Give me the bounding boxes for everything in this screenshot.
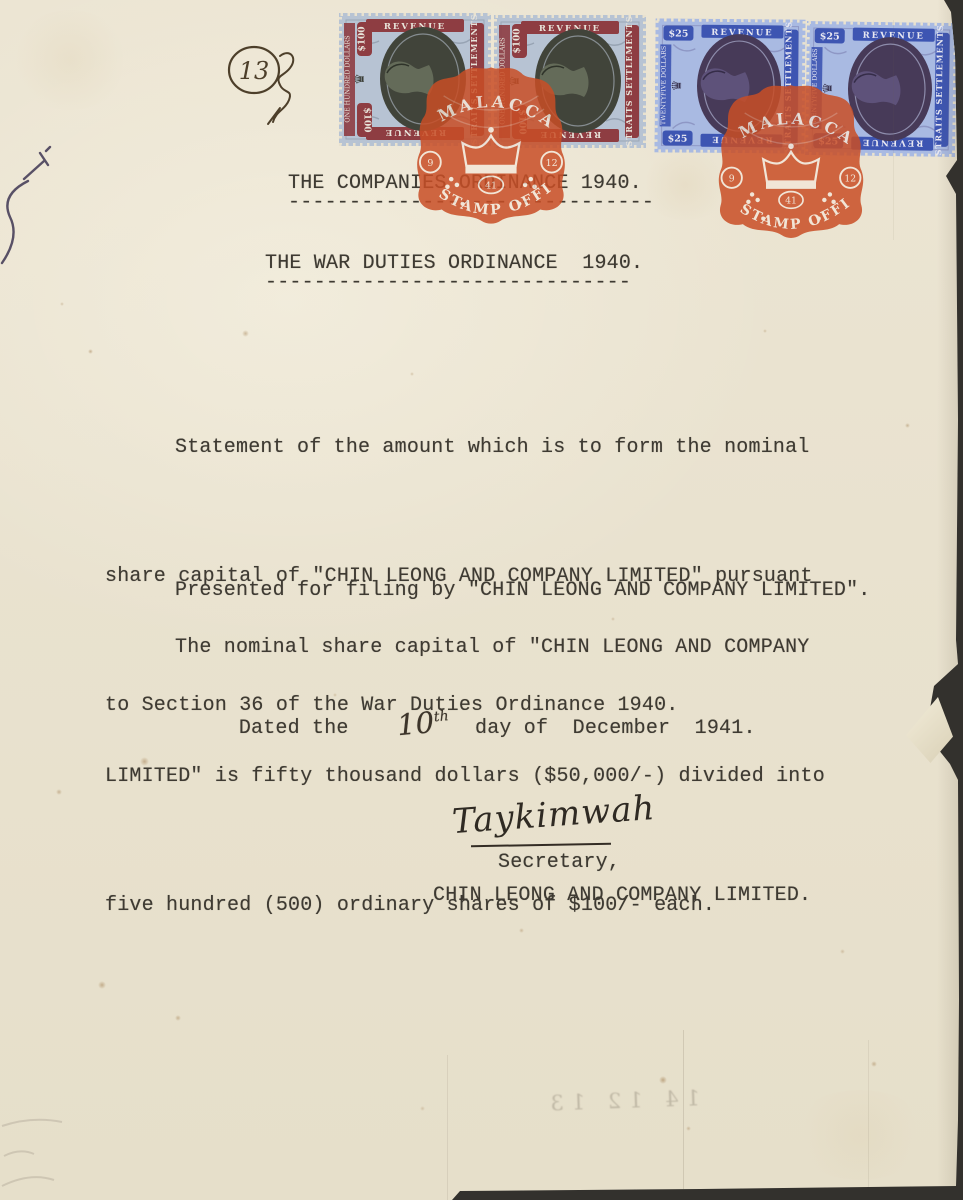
seal-month: 12	[546, 158, 558, 169]
edge-annotation	[0, 133, 74, 273]
title-war-duties-underline: ------------------------------	[265, 278, 631, 288]
seal-day: 9	[729, 173, 735, 184]
seal-month: 12	[844, 173, 856, 184]
folio-number: 13	[239, 57, 270, 85]
folio-flourish	[268, 53, 293, 124]
stamp-value-tab: $25	[820, 31, 840, 42]
handwritten-date-day: 10th	[395, 704, 450, 742]
crown-icon: ♛	[669, 80, 684, 92]
stamp-value-tab: $100	[513, 28, 523, 53]
dated-rest: day of December 1941.	[475, 717, 756, 740]
edge-shading	[937, 0, 963, 1200]
company-name: CHIN LEONG AND COMPANY LIMITED.	[433, 884, 811, 907]
dated-line: Dated the10thday of December 1941.	[190, 683, 756, 763]
folio-annotation: 13	[222, 32, 322, 132]
paragraph-capital: The nominal share capital of "CHIN LEONG…	[105, 540, 825, 1013]
bleedthrough-marking: 14 12 13	[370, 1086, 701, 1122]
edge-mark-x	[2, 147, 50, 263]
handwritten-date-suffix: th	[433, 708, 449, 725]
dated-prefix: Dated the	[239, 717, 349, 740]
seal-year: 41	[485, 181, 497, 192]
malacca-stamp-office-seal-right: MALACCA STAMP OFFICE 9 12 41	[702, 74, 880, 250]
typed-line: Statement of the amount which is to form…	[105, 426, 813, 469]
seal-year: 41	[785, 196, 797, 207]
bleedthrough-scribbles	[0, 1108, 180, 1200]
paper-crease	[447, 1055, 448, 1200]
secretary-label: Secretary,	[498, 851, 620, 874]
stamp-denomination-label: TWENTYFIVE DOLLARS	[660, 46, 668, 125]
paper-crease	[683, 1030, 684, 1200]
paper-crease	[868, 1040, 869, 1190]
stamp-value-tab: $25	[668, 133, 688, 144]
seal-day: 9	[427, 158, 433, 169]
stamp-value-tab: $100	[362, 107, 372, 132]
stamp-country-label: STRAITS SETTLEMENTS	[624, 15, 634, 146]
stamp-value-tab: $100	[358, 26, 368, 51]
document-paper: THE COMPANIES ORDINANCE 1940. ----------…	[0, 0, 963, 1200]
malacca-stamp-office-seal-left: MALACCA STAMP OFFICE 9 12 41	[402, 56, 580, 236]
typed-line: The nominal share capital of "CHIN LEONG…	[105, 626, 825, 669]
stamp-denomination-label: ONE HUNDRED DOLLARS	[345, 35, 352, 122]
stamp-country-label: STRAITS SETTLEMENTS	[933, 24, 945, 155]
stamp-value-tab: $25	[668, 28, 688, 39]
crown-icon: ♛	[352, 73, 367, 85]
